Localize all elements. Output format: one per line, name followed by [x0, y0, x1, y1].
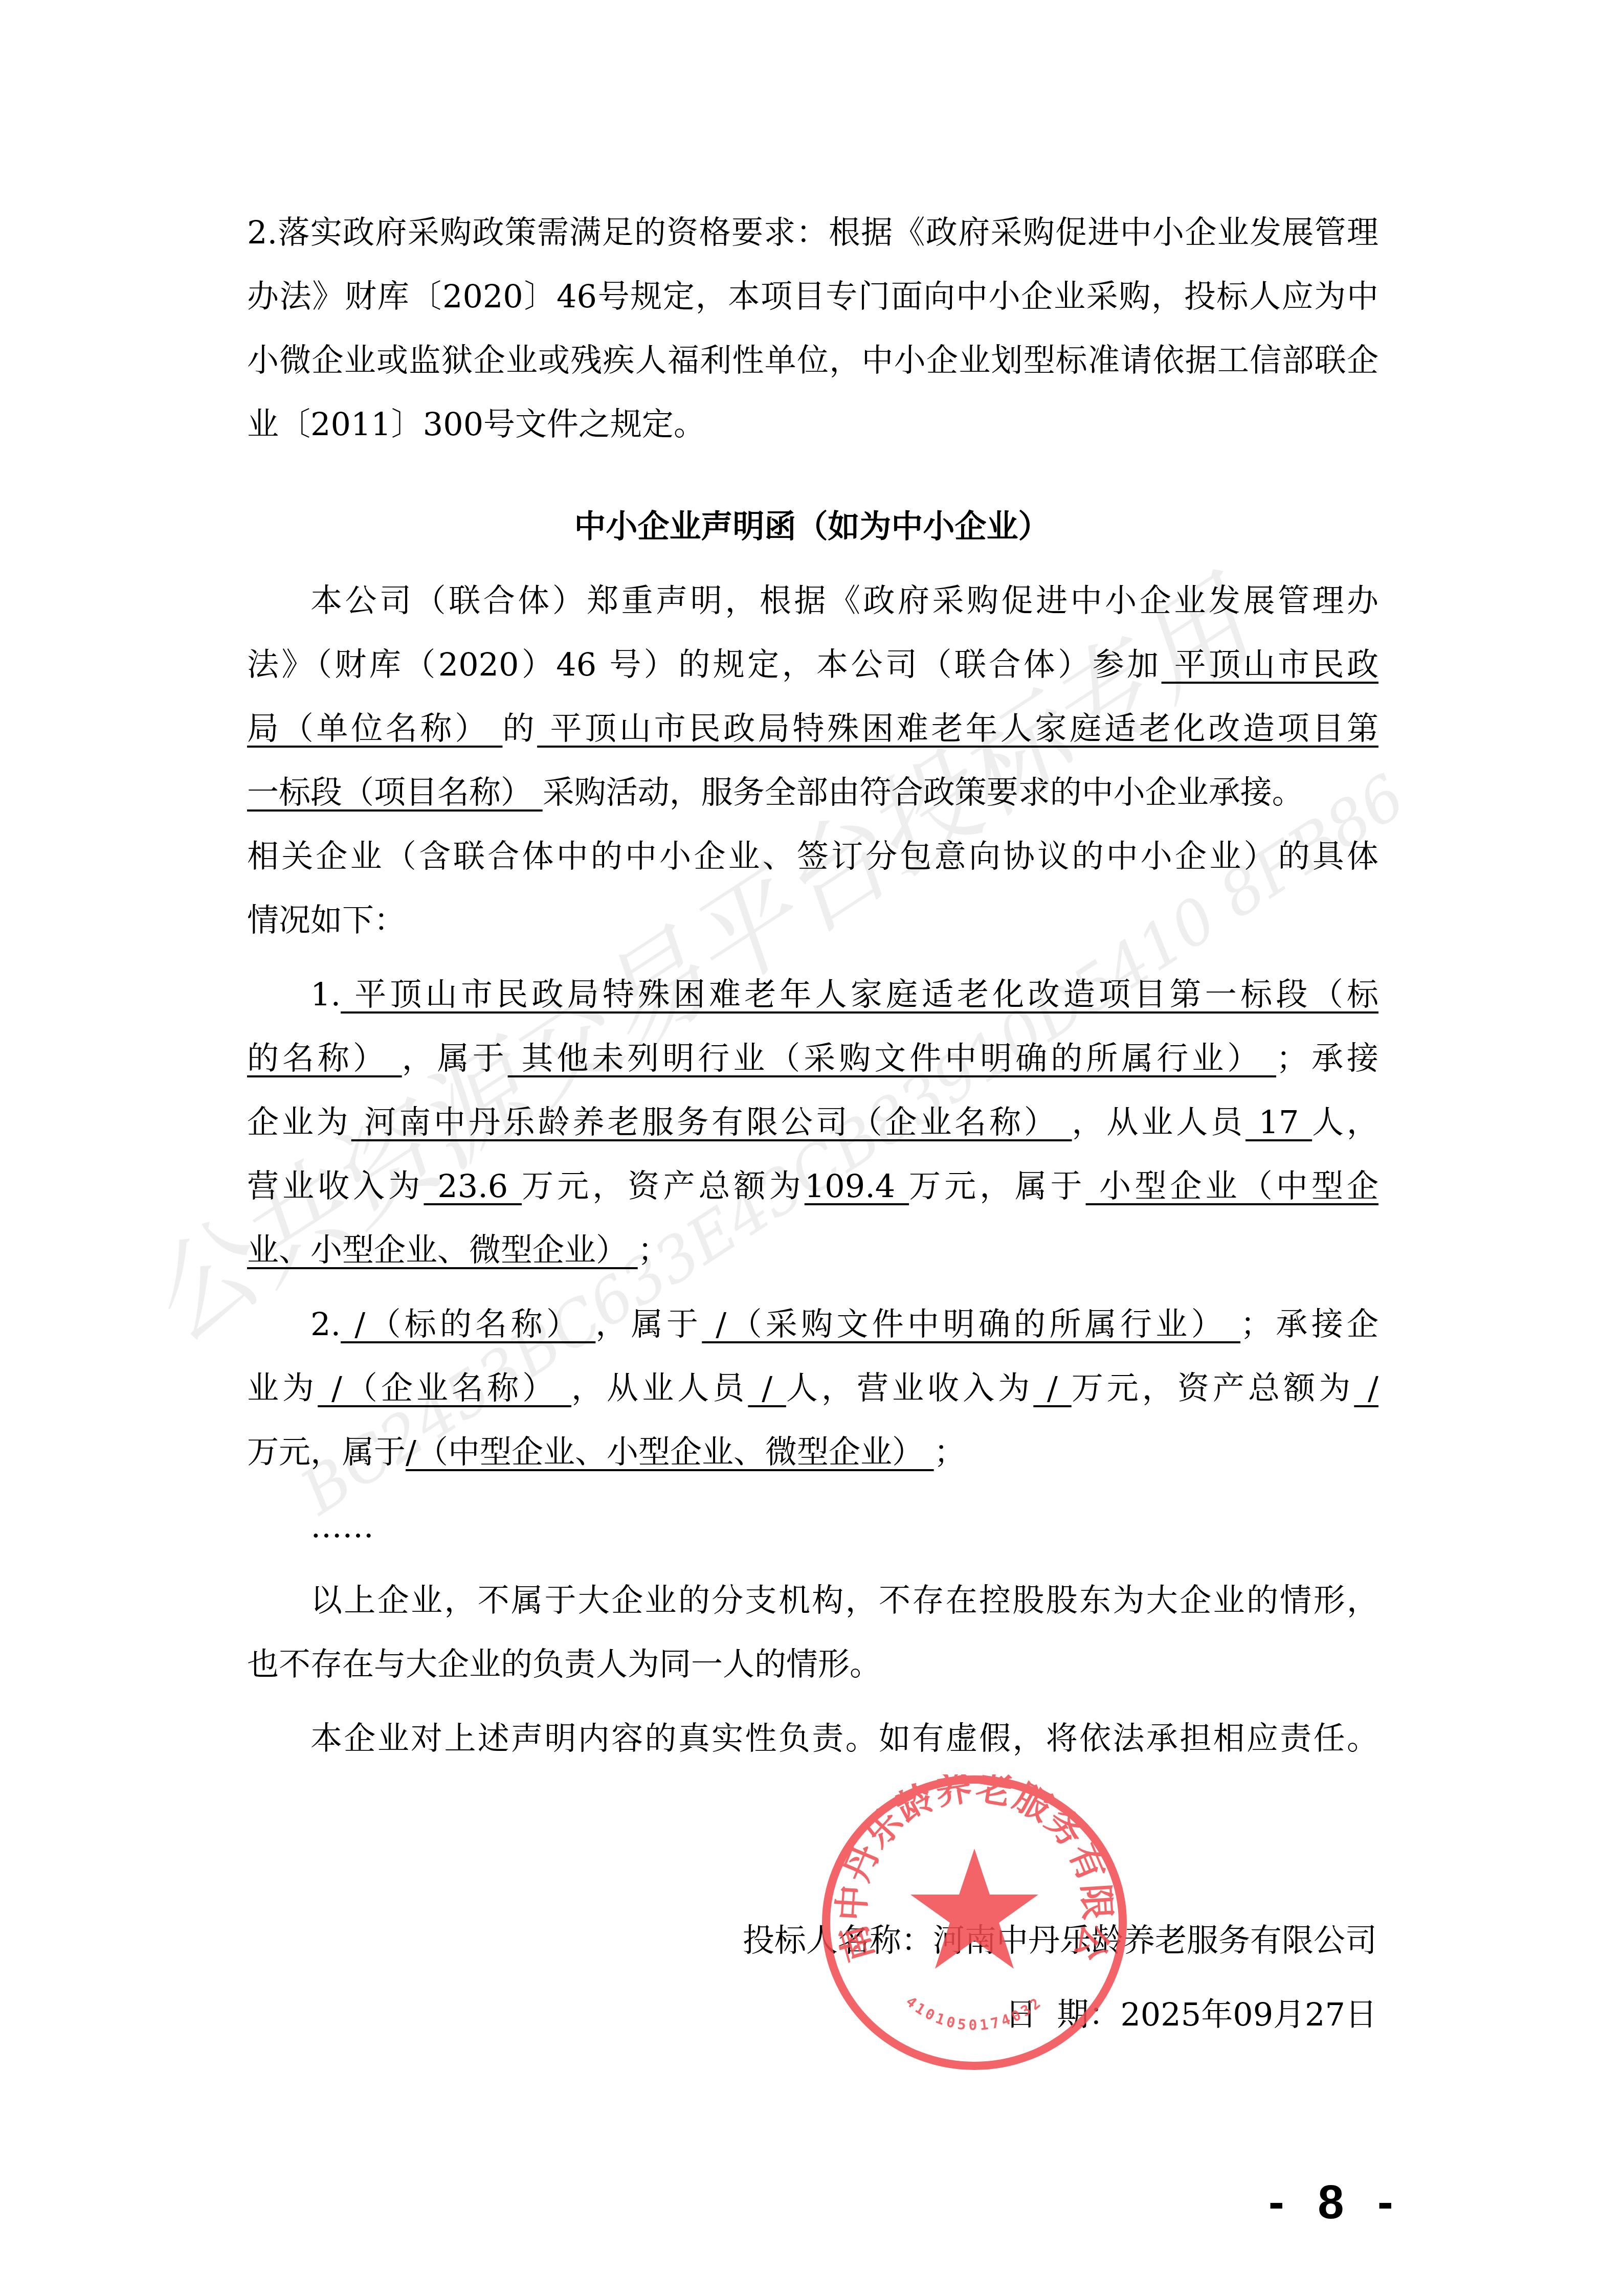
intro-line: 局（单位名称） 的 平顶山市民政局特殊困难老年人家庭适老化改造项目第 — [247, 708, 1378, 749]
staff-count: 17 — [1245, 1104, 1312, 1141]
responsibility-statement: 本企业对上述声明内容的真实性负责。如有虚假，将依法承担相应责任。 — [247, 1718, 1378, 1759]
label: 万元，属于 — [909, 1167, 1085, 1205]
item-line: 万元，属于/（中型企业、小型企业、微型企业） ； — [247, 1432, 1378, 1473]
enterprise-size-cont: 业、小型企业、微型企业） — [247, 1231, 638, 1269]
intro-line: 本公司（联合体）郑重声明，根据《政府采购促进中小企业发展管理办 — [247, 580, 1378, 621]
enterprise-size: 小型企业（中型企 — [1086, 1167, 1378, 1205]
intro-text: 的 — [502, 710, 537, 747]
item-line: 业、小型企业、微型企业） ； — [247, 1230, 1378, 1271]
item-line: 营业收入为 23.6 万元，资产总额为109.4 万元，属于 小型企业（中型企 — [247, 1166, 1378, 1207]
intro-line: 法》（财库（2020）46 号）的规定，本公司（联合体）参加 平顶山市民政 — [247, 644, 1378, 685]
project-name: 平顶山市民政局特殊困难老年人家庭适老化改造项目第 — [537, 710, 1378, 747]
label: 万元，资产总额为 — [522, 1167, 805, 1205]
purchaser-name: 平顶山市民政 — [1162, 646, 1378, 683]
item-number: 2. — [310, 1305, 341, 1343]
purchaser-name-cont: 局（单位名称） — [247, 710, 502, 747]
statement-line: 也不存在与大企业的负责人为同一人的情形。 — [247, 1644, 1378, 1685]
label: ； — [638, 1231, 670, 1269]
label: 人， — [1312, 1104, 1378, 1141]
bidder-name-line: 投标人名称：河南中丹乐龄养老服务有限公司 — [743, 1920, 1377, 1961]
ellipsis: …… — [247, 1506, 1378, 1547]
intro-text: 法》（财库（2020）46 号）的规定，本公司（联合体）参加 — [247, 646, 1162, 683]
total-assets: / — [1354, 1369, 1378, 1407]
label: ，属于 — [595, 1305, 702, 1343]
label: 业为 — [247, 1369, 318, 1407]
page-number: - 8 - — [1269, 2176, 1404, 2230]
intro-line: 一标段（项目名称） 采购活动，服务全部由符合政策要求的中小企业承接。 — [247, 772, 1378, 813]
bidder-label: 投标人名称： — [743, 1922, 933, 1959]
industry: 其他未列明行业（采购文件中明确的所属行业） — [508, 1040, 1276, 1077]
project-name-cont: 一标段（项目名称） — [247, 774, 543, 811]
date-line: 日 期：2025年09月27日 — [1005, 1994, 1377, 2035]
staff-count: / — [748, 1369, 786, 1407]
item-number: 1. — [310, 976, 341, 1013]
bidder-name: 河南中丹乐龄养老服务有限公司 — [933, 1922, 1377, 1959]
industry: /（采购文件中明确的所属行业） — [702, 1305, 1240, 1343]
enterprise-size: /（中型企业、小型企业、微型企业） — [406, 1433, 934, 1471]
label: 万元，资产总额为 — [1072, 1369, 1354, 1407]
bid-name-cont: 的名称） — [247, 1040, 402, 1077]
paragraph-line: 小微企业或监狱企业或残疾人福利性单位，中小企业划型标准请依据工信部联企 — [247, 340, 1378, 381]
item-line: 企业为 河南中丹乐龄养老服务有限公司（企业名称） ，从业人员 17 人， — [247, 1102, 1378, 1143]
label: 人，营业收入为 — [786, 1369, 1033, 1407]
label: ，属于 — [402, 1040, 508, 1077]
intro-line: 情况如下： — [247, 900, 1378, 941]
item-line: 2. /（标的名称） ，属于 /（采购文件中明确的所属行业） ；承接企 — [247, 1304, 1378, 1345]
date-value: 2025年09月27日 — [1120, 1996, 1377, 2033]
label: ； — [934, 1433, 966, 1471]
label: 企业为 — [247, 1104, 351, 1141]
paragraph-line: 业〔2011〕300号文件之规定。 — [247, 404, 1378, 445]
company-name: 河南中丹乐龄养老服务有限公司（企业名称） — [351, 1104, 1072, 1141]
document-page: 公共资源交易平台投标专用 BC2453BC633E43CB83910D5410 … — [0, 0, 1624, 2296]
item-line: 的名称） ，属于 其他未列明行业（采购文件中明确的所属行业） ；承接 — [247, 1038, 1378, 1079]
paragraph-line: 办法》财库〔2020〕46号规定，本项目专门面向中小企业采购，投标人应为中 — [247, 276, 1378, 317]
intro-line: 相关企业（含联合体中的中小企业、签订分包意向协议的中小企业）的具体 — [247, 836, 1378, 877]
paragraph-line: 2.落实政府采购政策需满足的资格要求：根据《政府采购促进中小企业发展管理 — [247, 212, 1378, 253]
statement-line: 以上企业，不属于大企业的分支机构，不存在控股股东为大企业的情形， — [247, 1580, 1378, 1621]
bid-name: 平顶山市民政局特殊困难老年人家庭适老化改造项目第一标段（标 — [341, 976, 1378, 1013]
bid-name: /（标的名称） — [341, 1305, 595, 1343]
label: 万元，属于 — [247, 1433, 406, 1471]
intro-text: 采购活动，服务全部由符合政策要求的中小企业承接。 — [543, 774, 1304, 811]
company-name: /（企业名称） — [318, 1369, 571, 1407]
label: ，从业人员 — [1072, 1104, 1245, 1141]
revenue: / — [1033, 1369, 1071, 1407]
item-line: 1. 平顶山市民政局特殊困难老年人家庭适老化改造项目第一标段（标 — [247, 974, 1378, 1015]
label: ；承接企 — [1240, 1305, 1378, 1343]
item-line: 业为 /（企业名称） ，从业人员 / 人，营业收入为 / 万元，资产总额为 / — [247, 1368, 1378, 1409]
revenue: 23.6 — [424, 1167, 522, 1205]
declaration-title: 中小企业声明函（如为中小企业） — [0, 506, 1624, 547]
label: ，从业人员 — [571, 1369, 748, 1407]
date-label: 日 期： — [1005, 1996, 1120, 2033]
label: 营业收入为 — [247, 1167, 424, 1205]
label: ；承接 — [1276, 1040, 1378, 1077]
total-assets: 109.4 — [805, 1167, 909, 1205]
